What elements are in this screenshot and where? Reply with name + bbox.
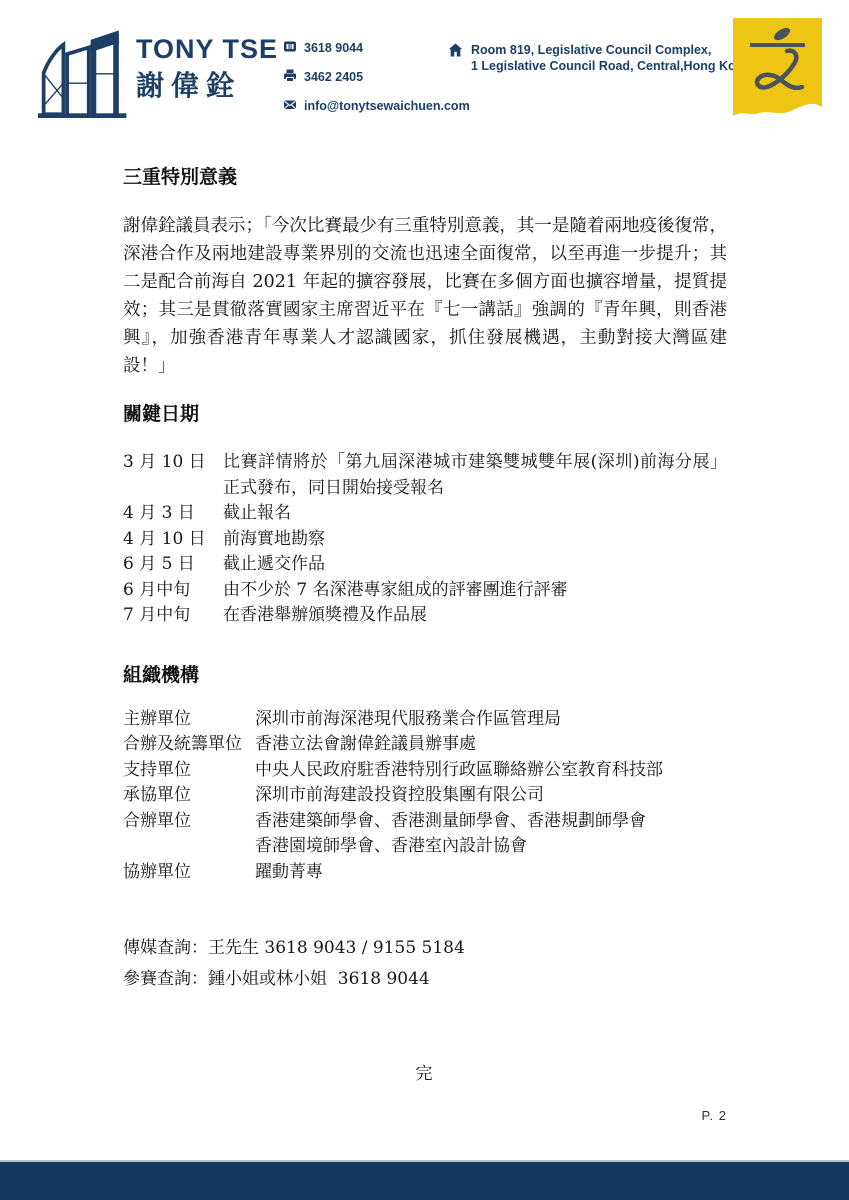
phone-icon xyxy=(283,38,297,57)
brand-block: TONY TSE 謝偉銓 xyxy=(136,34,278,104)
contact-block: 3618 9044 3462 2405 info@tonytsewaichuen… xyxy=(283,38,470,115)
org-name: 深圳市前海深港現代服務業合作區管理局 xyxy=(255,707,727,733)
inquiries-block: 傳媒查詢：王先生 3618 9043 / 9155 5184 參賽查詢：鍾小姐或… xyxy=(123,933,727,995)
org-row: 主辦單位 深圳市前海深港現代服務業合作區管理局 xyxy=(123,707,727,733)
date-row: 6 月中旬 由不少於 7 名深港專家組成的評審團進行評審 xyxy=(123,578,727,604)
date-desc: 截止報名 xyxy=(223,501,727,527)
page-number: P. 2 xyxy=(702,1108,727,1123)
brand-name-en: TONY TSE xyxy=(136,34,278,64)
date-row: 7 月中旬 在香港舉辦頒獎禮及作品展 xyxy=(123,603,727,629)
date-desc: 在香港舉辦頒獎禮及作品展 xyxy=(223,603,727,629)
media-inquiry-line: 傳媒查詢：王先生 3618 9043 / 9155 5184 xyxy=(123,933,727,964)
section-title-significance: 三重特別意義 xyxy=(123,165,727,189)
organisation-list: 主辦單位 深圳市前海深港現代服務業合作區管理局 合辦及統籌單位 香港立法會謝偉銓… xyxy=(123,707,727,886)
date-row: 3 月 10 日 比賽詳情將於「第九屆深港城市建築雙城雙年展(深圳)前海分展」正… xyxy=(123,450,727,501)
address-line1: Room 819, Legislative Council Complex, xyxy=(471,43,711,57)
footer-bar xyxy=(0,1160,849,1200)
date-label: 3 月 10 日 xyxy=(123,450,223,501)
org-role: 承協單位 xyxy=(123,783,255,809)
date-row: 6 月 5 日 截止遞交作品 xyxy=(123,552,727,578)
end-mark: 完 xyxy=(123,1059,727,1084)
org-row: 支持單位 中央人民政府駐香港特別行政區聯絡辦公室教育科技部 xyxy=(123,758,727,784)
email-address: info@tonytsewaichuen.com xyxy=(304,99,470,113)
legco-banner-logo xyxy=(733,18,822,120)
section-title-organisation: 組織機構 xyxy=(123,663,727,687)
fax-row: 3462 2405 xyxy=(283,67,470,86)
org-role: 協辦單位 xyxy=(123,860,255,886)
org-row: 合辦單位 香港建築師學會、香港測量師學會、香港規劃師學會 香港園境師學會、香港室… xyxy=(123,809,727,860)
org-row: 承協單位 深圳市前海建設投資控股集團有限公司 xyxy=(123,783,727,809)
home-icon xyxy=(448,42,463,74)
fax-number: 3462 2405 xyxy=(304,70,363,84)
org-role: 合辦單位 xyxy=(123,809,255,860)
date-row: 4 月 10 日 前海實地勘察 xyxy=(123,527,727,553)
document-body: 三重特別意義 謝偉銓議員表示；「今次比賽最少有三重特別意義，其一是隨着兩地疫後復… xyxy=(123,165,727,1084)
org-name: 中央人民政府駐香港特別行政區聯絡辦公室教育科技部 xyxy=(255,758,727,784)
org-role: 支持單位 xyxy=(123,758,255,784)
phone-row: 3618 9044 xyxy=(283,38,470,57)
date-desc: 前海實地勘察 xyxy=(223,527,727,553)
org-role: 合辦及統籌單位 xyxy=(123,732,255,758)
date-label: 4 月 3 日 xyxy=(123,501,223,527)
date-label: 6 月中旬 xyxy=(123,578,223,604)
key-dates-list: 3 月 10 日 比賽詳情將於「第九屆深港城市建築雙城雙年展(深圳)前海分展」正… xyxy=(123,450,727,629)
participation-inquiry-line: 參賽查詢：鍾小姐或林小姐 3618 9044 xyxy=(123,964,727,995)
org-name: 深圳市前海建設投資控股集團有限公司 xyxy=(255,783,727,809)
address-block: Room 819, Legislative Council Complex, 1… xyxy=(448,42,751,74)
email-icon xyxy=(283,96,297,115)
date-desc: 由不少於 7 名深港專家組成的評審團進行評審 xyxy=(223,578,727,604)
org-row: 協辦單位 躍動菁專 xyxy=(123,860,727,886)
fax-icon xyxy=(283,67,297,86)
document-page: TONY TSE 謝偉銓 3618 9044 3462 2405 info xyxy=(0,0,849,1200)
org-name: 香港建築師學會、香港測量師學會、香港規劃師學會 香港園境師學會、香港室內設計協會 xyxy=(255,809,727,860)
significance-paragraph: 謝偉銓議員表示；「今次比賽最少有三重特別意義，其一是隨着兩地疫後復常，深港合作及… xyxy=(123,212,727,380)
phone-number: 3618 9044 xyxy=(304,41,363,55)
date-desc: 截止遞交作品 xyxy=(223,552,727,578)
date-row: 4 月 3 日 截止報名 xyxy=(123,501,727,527)
section-title-key-dates: 關鍵日期 xyxy=(123,402,727,426)
building-logo-icon xyxy=(36,24,134,118)
org-role: 主辦單位 xyxy=(123,707,255,733)
address-line2: 1 Legislative Council Road, Central,Hong… xyxy=(471,59,751,73)
org-name: 香港立法會謝偉銓議員辦事處 xyxy=(255,732,727,758)
address-text: Room 819, Legislative Council Complex, 1… xyxy=(471,42,751,74)
letterhead: TONY TSE 謝偉銓 3618 9044 3462 2405 info xyxy=(0,0,849,140)
org-name: 躍動菁專 xyxy=(255,860,727,886)
date-label: 7 月中旬 xyxy=(123,603,223,629)
org-name-line2: 香港園境師學會、香港室內設計協會 xyxy=(255,836,527,856)
date-label: 4 月 10 日 xyxy=(123,527,223,553)
date-desc: 比賽詳情將於「第九屆深港城市建築雙城雙年展(深圳)前海分展」正式發布，同日開始接… xyxy=(223,450,727,501)
email-row: info@tonytsewaichuen.com xyxy=(283,96,470,115)
org-row: 合辦及統籌單位 香港立法會謝偉銓議員辦事處 xyxy=(123,732,727,758)
brand-name-zh: 謝偉銓 xyxy=(136,68,278,104)
date-label: 6 月 5 日 xyxy=(123,552,223,578)
org-name-line1: 香港建築師學會、香港測量師學會、香港規劃師學會 xyxy=(255,811,646,831)
